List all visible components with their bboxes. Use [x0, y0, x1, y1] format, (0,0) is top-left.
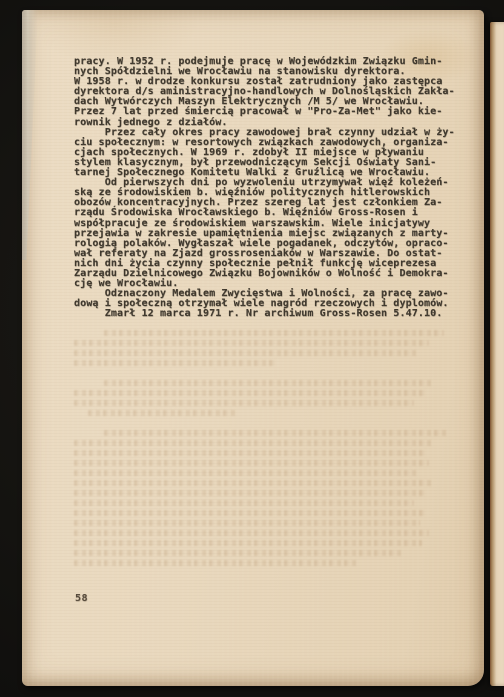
bleedthrough-text [74, 330, 466, 570]
bleedthrough-gap [74, 420, 466, 430]
bleedthrough-line [74, 360, 274, 366]
bleedthrough-line [104, 330, 444, 336]
bleedthrough-line [74, 490, 424, 496]
bleedthrough-line [74, 390, 424, 396]
bleedthrough-line [74, 340, 429, 346]
page-number: 58 [75, 593, 88, 604]
adjacent-page-edge [490, 22, 504, 686]
bleedthrough-line [74, 470, 419, 476]
bleedthrough-line [74, 550, 404, 556]
book-page: pracy. W 1952 r. podejmuje pracę w Wojew… [22, 10, 484, 686]
bleedthrough-line [74, 560, 359, 566]
bleedthrough-line [74, 480, 432, 486]
bleedthrough-line [74, 540, 422, 546]
biography-text: pracy. W 1952 r. podejmuje pracę w Wojew… [74, 57, 472, 319]
bleedthrough-line [74, 350, 419, 356]
bleedthrough-line [74, 520, 420, 526]
bleedthrough-line [74, 530, 429, 536]
bleedthrough-line [88, 410, 238, 416]
bleedthrough-line [74, 510, 426, 516]
scan-background: pracy. W 1952 r. podejmuje pracę w Wojew… [0, 0, 504, 697]
bleedthrough-line [74, 460, 429, 466]
bleedthrough-line [104, 430, 449, 436]
bleedthrough-line [74, 450, 424, 456]
bleedthrough-line [74, 400, 414, 406]
bleedthrough-gap [74, 370, 466, 380]
page-edge-stack [22, 10, 38, 260]
bleedthrough-line [104, 380, 434, 386]
bleedthrough-line [74, 500, 414, 506]
bleedthrough-line [74, 440, 434, 446]
